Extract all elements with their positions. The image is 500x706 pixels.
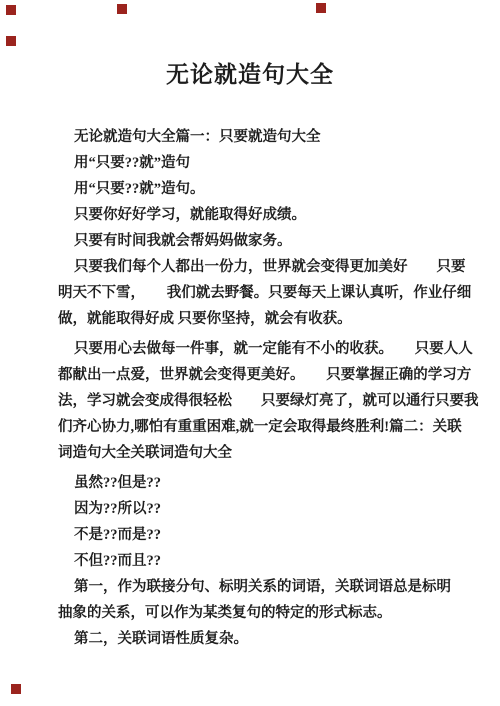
text-line: 虽然??但是??	[58, 470, 478, 496]
text-line: 只要我们每个人都出一份力，世界就会变得更加美好 只要	[58, 254, 478, 280]
text-line: 抽象的关系，可以作为某类复句的特定的形式标志。	[58, 600, 478, 626]
text-line: 第一，作为联接分句、标明关系的词语，关联词语总是标明	[58, 574, 478, 600]
document-page: 无论就造句大全 无论就造句大全篇一：只要就造句大全用“只要??就”造句用“只要?…	[0, 0, 500, 706]
text-line: 都献出一点爱，世界就会变得更美好。 只要掌握正确的学习方	[58, 362, 478, 388]
text-line: 法，学习就会变成得很轻松 只要绿灯亮了，就可以通行只要我	[58, 388, 478, 414]
text-line: 不是??而是??	[58, 522, 478, 548]
page-title: 无论就造句大全	[0, 56, 500, 89]
text-line: 明天不下雪， 我们就去野餐。只要每天上课认真听，作业仔细	[58, 280, 478, 306]
text-line: 只要有时间我就会帮妈妈做家务。	[58, 228, 478, 254]
text-line: 词造句大全关联词造句大全	[58, 440, 478, 466]
text-line: 用“只要??就”造句。	[58, 176, 478, 202]
red-square-marker	[11, 684, 21, 694]
text-line: 因为??所以??	[58, 496, 478, 522]
text-line: 做，就能取得好成 只要你坚持，就会有收获。	[58, 306, 478, 332]
text-line: 第二，关联词语性质复杂。	[58, 626, 478, 652]
document-body: 无论就造句大全篇一：只要就造句大全用“只要??就”造句用“只要??就”造句。只要…	[58, 124, 478, 652]
red-square-marker	[6, 36, 16, 46]
red-square-marker	[316, 3, 326, 13]
text-line: 用“只要??就”造句	[58, 150, 478, 176]
text-line: 们齐心协力,哪怕有重重困难,就一定会取得最终胜利!篇二：关联	[58, 414, 478, 440]
red-square-marker	[6, 5, 16, 15]
red-square-marker	[117, 4, 127, 14]
text-line: 只要你好好学习，就能取得好成绩。	[58, 202, 478, 228]
text-line: 只要用心去做每一件事，就一定能有不小的收获。 只要人人	[58, 336, 478, 362]
text-line: 不但??而且??	[58, 548, 478, 574]
text-line: 无论就造句大全篇一：只要就造句大全	[58, 124, 478, 150]
